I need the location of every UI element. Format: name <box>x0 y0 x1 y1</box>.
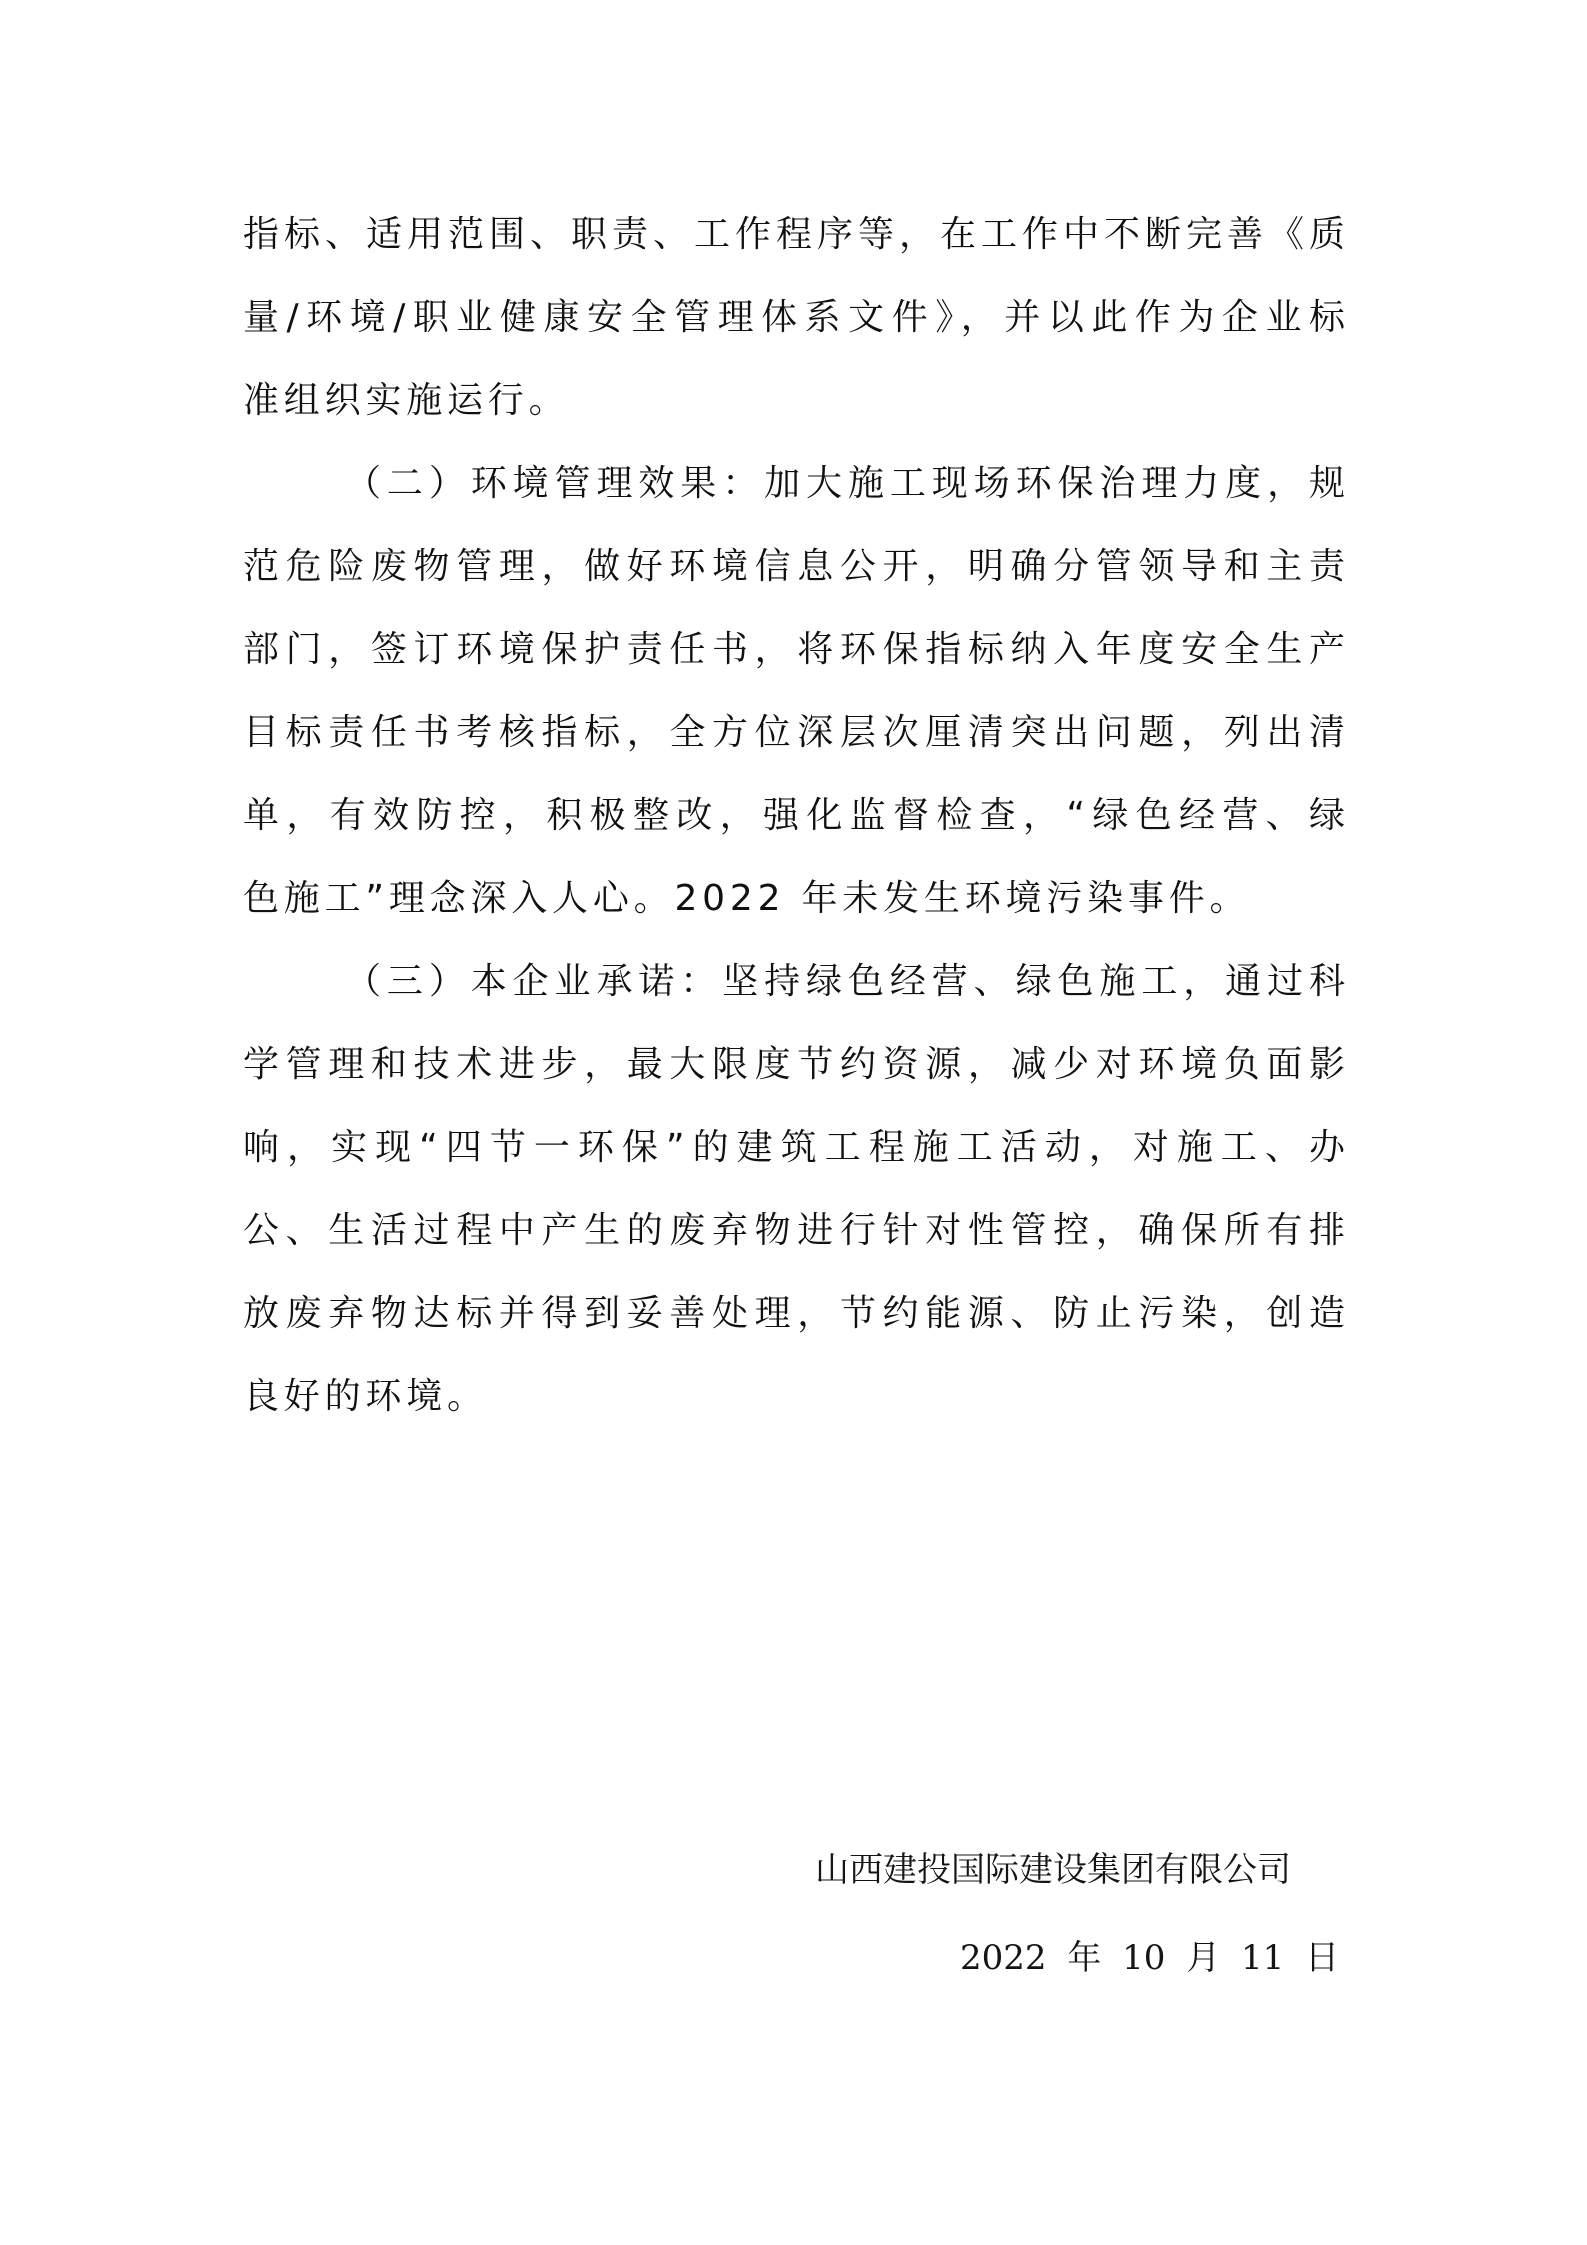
document-page: 指标、适用范围、职责、工作程序等，在工作中不断完善《质 量/环境/职业健康安全管… <box>0 0 1587 2245</box>
body-line: 部门，签订环境保护责任书，将环保指标纳入年度安全生产 <box>243 630 1345 670</box>
body-line: 单，有效防控，积极整改，强化监督检查，“绿色经营、绿 <box>243 796 1345 836</box>
body-line: 公、生活过程中产生的废弃物进行针对性管控，确保所有排 <box>243 1211 1345 1251</box>
body-line: 量/环境/职业健康安全管理体系文件》，并以此作为企业标 <box>243 298 1345 338</box>
body-line: 色施工”理念深入人心。2022 年未发生环境污染事件。 <box>243 879 1345 919</box>
body-line: 目标责任书考核指标，全方位深层次厘清突出问题，列出清 <box>243 713 1345 753</box>
body-line: 范危险废物管理，做好环境信息公开，明确分管领导和主责 <box>243 547 1345 587</box>
body-line: 良好的环境。 <box>243 1377 1345 1417</box>
body-line: 准组织实施运行。 <box>243 381 1345 421</box>
body-line: 放废弃物达标并得到妥善处理，节约能源、防止污染，创造 <box>243 1294 1345 1334</box>
body-line: 指标、适用范围、职责、工作程序等，在工作中不断完善《质 <box>243 215 1345 255</box>
body-line: （三）本企业承诺：坚持绿色经营、绿色施工，通过科 <box>345 962 1345 1002</box>
company-name: 山西建投国际建设集团有限公司 <box>815 1850 1262 1890</box>
body-line: （二）环境管理效果：加大施工现场环保治理力度，规 <box>345 464 1345 504</box>
body-line: 学管理和技术进步，最大限度节约资源，减少对环境负面影 <box>243 1045 1345 1085</box>
signature-date: 2022 年 10 月 11 日 <box>960 1938 1305 1978</box>
body-line: 响，实现“四节一环保”的建筑工程施工活动，对施工、办 <box>243 1128 1345 1168</box>
